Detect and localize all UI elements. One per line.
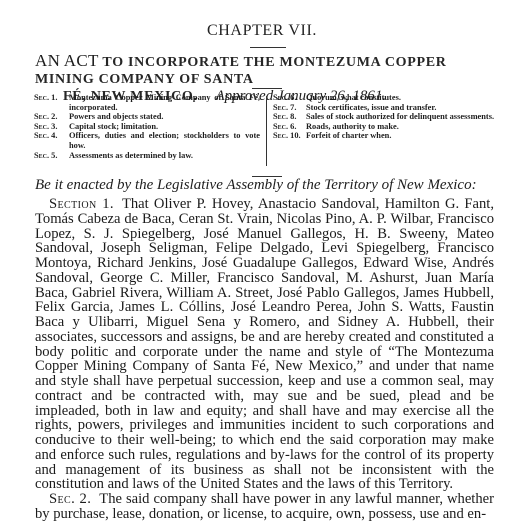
divider-rule [252,88,282,89]
sidenote-number: Sec. 2. [34,112,69,122]
section-text: The said company shall have power in any… [35,491,494,522]
sidenote-number: Sec. 4. [34,131,69,150]
sidenotes-left: Sec. 1. Montezuma Copper Mining Company … [34,93,260,160]
act-body: Section 1.That Oliver P. Hovey, Anastaci… [35,197,494,522]
sidenote-item: Sec. 2. Powers and objects stated. [34,112,260,122]
sidenote-text: Capital stock; limitation. [69,122,260,132]
sidenote-number: Sec. 8. [273,112,306,122]
sidenote-text: Powers and objects stated. [69,112,260,122]
enacting-clause: Be it enacted by the Legislative Assembl… [35,177,505,193]
sidenote-column-divider [266,96,267,166]
sidenote-item: Sec. 10. Forfeit of charter when. [273,131,495,141]
sidenote-item: Sec. 7. Stock certificates, issue and tr… [273,103,495,113]
sidenote-text: Forfeit of charter when. [306,131,495,141]
section-label: Sec. 2. [49,491,91,507]
section-paragraph: Sec. 2.The said company shall have power… [35,492,494,522]
act-lead: AN ACT [35,51,99,70]
sidenote-number: Sec. 10. [273,131,306,141]
section-paragraph: Section 1.That Oliver P. Hovey, Anastaci… [35,197,494,492]
section-text: That Oliver P. Hovey, Anastacio Sandoval… [35,196,494,492]
sidenote-item: Sec. 3. Capital stock; limitation. [34,122,260,132]
sidenote-number: Sec. 3. [34,122,69,132]
divider-rule [250,47,286,48]
sidenote-text: Stock certificates, issue and transfer. [306,103,495,113]
sidenote-number: Sec. 6. [273,93,306,103]
sidenote-item: Sec. 6. Roads, authority to make. [273,122,495,132]
sidenote-item: Sec. 4. Officers, duties and election; s… [34,131,260,150]
sidenote-item: Sec. 5. Assessments as determined by law… [34,151,260,161]
sidenote-item: Sec. 1. Montezuma Copper Mining Company … [34,93,260,112]
sidenote-item: Sec. 8. Sales of stock authorized for de… [273,112,495,122]
sidenotes-right: Sec. 6. Quorum, what constitutes. Sec. 7… [273,93,495,141]
sidenote-number: Sec. 5. [34,151,69,161]
chapter-title: CHAPTER VII. [0,22,524,40]
sidenote-number: Sec. 1. [34,93,69,112]
sidenote-number: Sec. 6. [273,122,306,132]
sidenote-text: Quorum, what constitutes. [306,93,495,103]
sidenote-text: Roads, authority to make. [306,122,495,132]
sidenote-text: Montezuma Copper Mining Company of Santa… [69,93,260,112]
sidenote-item: Sec. 6. Quorum, what constitutes. [273,93,495,103]
sidenote-text: Officers, duties and election; stockhold… [69,131,260,150]
sidenote-number: Sec. 7. [273,103,306,113]
document-page: CHAPTER VII. AN ACT TO INCORPORATE THE M… [0,0,524,527]
sidenote-text: Sales of stock authorized for delinquent… [306,112,495,122]
section-label: Section 1. [49,196,114,212]
sidenote-text: Assessments as determined by law. [69,151,260,161]
